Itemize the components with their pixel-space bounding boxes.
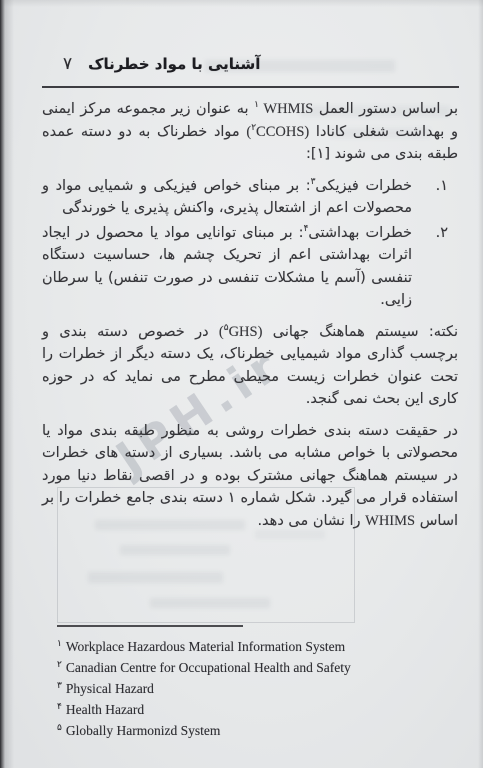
body-text: بر اساس دستور العمل ۱ WHMIS به عنوان زیر… <box>42 98 458 541</box>
list-item: ۲. خطرات بهداشتی۴: بر مبنای توانایی مواد… <box>42 222 448 312</box>
page-number: ۷ <box>63 54 72 74</box>
hazard-list: ۱. خطرات فیزیکی۳: بر مبنای خواص فیزیکی و… <box>42 175 458 312</box>
showthrough-smudge <box>88 572 223 583</box>
list-item-text: خطرات بهداشتی۴: بر مبنای توانایی مواد یا… <box>42 222 412 312</box>
footnotes-section: ۱Workplace Hazardous Material Informatio… <box>57 625 351 741</box>
footnote-text: Physical Hazard <box>66 681 154 696</box>
page-header: ۷ آشنایی با مواد خطرناک <box>63 54 260 74</box>
footnote-text: Canadian Centre for Occupational Health … <box>66 660 351 675</box>
footnote-text: Health Hazard <box>66 702 144 717</box>
header-title: آشنایی با مواد خطرناک <box>88 55 260 73</box>
footnote-item: ۳Physical Hazard <box>57 678 351 699</box>
showthrough-smudge <box>120 545 230 555</box>
list-item-number: ۲. <box>424 222 448 312</box>
list-item-text: خطرات فیزیکی۳: بر مبنای خواص فیزیکی و شم… <box>42 175 412 220</box>
footnote-marker: ۱ <box>57 638 62 648</box>
footnote-text: Globally Harmonizd System <box>66 723 220 738</box>
paragraph-note: نکته: سیستم هماهنگ جهانی (۵GHS) در خصوص … <box>42 321 458 411</box>
footnote-item: ۱Workplace Hazardous Material Informatio… <box>57 636 351 657</box>
list-item-number: ۱. <box>424 175 448 220</box>
footnote-marker: ۴ <box>57 701 62 711</box>
header-rule <box>42 86 459 88</box>
footnote-item: ۴Health Hazard <box>57 699 351 720</box>
footnote-marker: ۵ <box>57 722 62 732</box>
footnote-text: Workplace Hazardous Material Information… <box>66 639 345 654</box>
footnote-separator <box>57 625 243 627</box>
scanned-book-page: { "header": { "page_number": "۷", "title… <box>0 0 483 768</box>
showthrough-smudge <box>150 598 270 608</box>
list-item: ۱. خطرات فیزیکی۳: بر مبنای خواص فیزیکی و… <box>42 175 448 220</box>
footnote-item: ۲Canadian Centre for Occupational Health… <box>57 657 351 678</box>
footnote-item: ۵Globally Harmonizd System <box>57 720 351 741</box>
paragraph-intro: بر اساس دستور العمل ۱ WHMIS به عنوان زیر… <box>42 98 458 166</box>
footnote-marker: ۲ <box>57 659 62 669</box>
paragraph-closing: در حقیقت دسته بندی خطرات روشی به منظور ط… <box>42 420 458 533</box>
footnote-marker: ۳ <box>57 680 62 690</box>
